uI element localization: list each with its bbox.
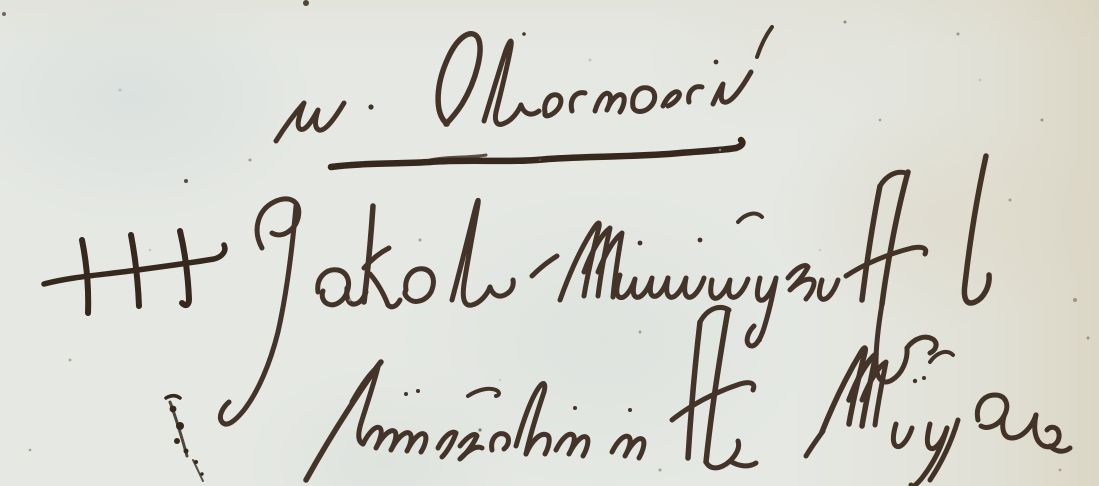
name-surname (532, 156, 989, 382)
mieysca-dots (913, 376, 926, 383)
surname-dots (638, 238, 703, 246)
name-jakob (220, 199, 513, 424)
heading-word (276, 27, 772, 141)
handwriting-layer (0, 0, 1099, 486)
witness-crosses (44, 231, 225, 313)
paper-speckles (2, 0, 1090, 472)
line3-word-zwierzchnik (306, 307, 756, 480)
line3-word-mieysca (806, 348, 1070, 486)
line3-dots (404, 389, 632, 412)
heading-underline (331, 140, 742, 167)
ink-strokes (44, 27, 1070, 486)
manuscript-scan: w Obecności +++ Jakob Muniączyk Zwierzch… (0, 0, 1099, 486)
